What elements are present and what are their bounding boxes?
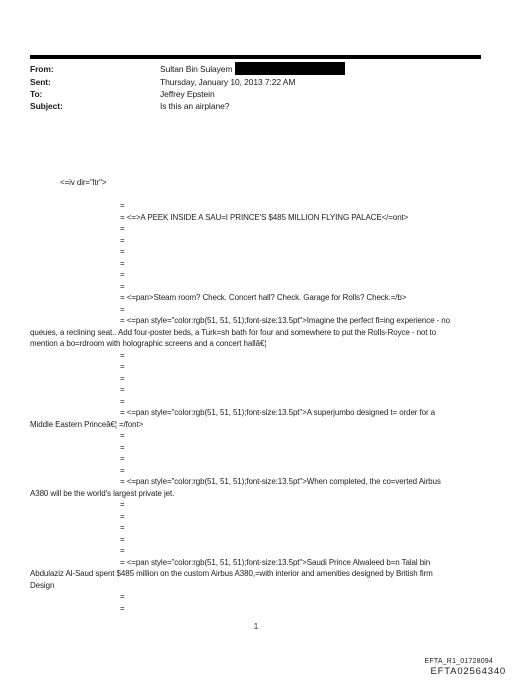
body-line: = <box>30 545 484 557</box>
body-line: = <=pan style="color:rgb(51, 51, 51);fon… <box>30 407 484 419</box>
body-line: = <=>A PEEK INSIDE A SAU=I PRINCE'S $485… <box>30 212 484 224</box>
body-line: Design <box>30 580 484 592</box>
bates-number-large: EFTA02564340 <box>425 666 506 677</box>
email-body: <=iv dir="ltr">== <=>A PEEK INSIDE A SAU… <box>30 177 484 614</box>
body-line: Abdulaziz Al-Saud spent $485 million on … <box>30 568 484 580</box>
body-line: = <box>30 281 484 293</box>
subject-label: Subject: <box>30 100 160 112</box>
body-line: = <box>30 361 484 373</box>
body-line: = <box>30 522 484 534</box>
bates-number-small: EFTA_R1_01728094 <box>425 658 506 665</box>
header-row-from: From: Sultan Bin Sulayem <box>30 63 482 76</box>
to-label: To: <box>30 88 160 100</box>
header-row-to: To: Jeffrey Epstein <box>30 88 482 100</box>
body-line: = <box>30 430 484 442</box>
from-label: From: <box>30 63 160 75</box>
body-line: = <box>30 465 484 477</box>
body-line: = <box>30 200 484 212</box>
body-line: = <box>30 269 484 281</box>
body-line: A380 will be the world's largest private… <box>30 488 484 500</box>
body-line: queues, a reclining seat.. Add four-post… <box>30 327 484 339</box>
body-line: = <box>30 396 484 408</box>
body-line: = <box>30 591 484 603</box>
sent-value: Thursday, January 10, 2013 7:22 AM <box>160 76 482 88</box>
body-line: = <box>30 258 484 270</box>
header-divider-rule <box>30 55 481 59</box>
to-value: Jeffrey Epstein <box>160 88 482 100</box>
body-line: = <box>30 384 484 396</box>
document-page: From: Sultan Bin Sulayem Sent: Thursday,… <box>0 0 512 688</box>
body-line: mention a bo=rdroom with holographic scr… <box>30 338 484 350</box>
body-line: = <box>30 304 484 316</box>
body-line: = <box>30 442 484 454</box>
body-line: = <box>30 350 484 362</box>
email-header: From: Sultan Bin Sulayem Sent: Thursday,… <box>30 63 482 112</box>
body-line: = <box>30 511 484 523</box>
redaction-bar <box>235 62 345 75</box>
page-number: 1 <box>0 622 512 631</box>
body-line: = <=pan style="color:rgb(51, 51, 51);fon… <box>30 315 484 327</box>
body-line: = <box>30 223 484 235</box>
body-line: = <box>30 235 484 247</box>
body-line: = <box>30 373 484 385</box>
header-row-subject: Subject: Is this an airplane? <box>30 100 482 112</box>
page-footer: EFTA_R1_01728094 EFTA02564340 <box>425 658 506 677</box>
body-line: = <=pan style="color:rgb(51, 51, 51);fon… <box>30 557 484 569</box>
body-line: = <=pan style="color:rgb(51, 51, 51);fon… <box>30 476 484 488</box>
body-line: = <box>30 534 484 546</box>
body-line <box>30 189 484 201</box>
sender-name: Sultan Bin Sulayem <box>160 64 232 74</box>
body-line: = <box>30 246 484 258</box>
body-line: = <box>30 499 484 511</box>
body-line: = <box>30 453 484 465</box>
body-line: <=iv dir="ltr"> <box>30 177 484 189</box>
from-value: Sultan Bin Sulayem <box>160 63 482 76</box>
body-line: = <box>30 603 484 615</box>
subject-value: Is this an airplane? <box>160 100 482 112</box>
header-row-sent: Sent: Thursday, January 10, 2013 7:22 AM <box>30 76 482 88</box>
body-line: = <=pan>Steam room? Check. Concert hall?… <box>30 292 484 304</box>
sent-label: Sent: <box>30 76 160 88</box>
body-line: Middle Eastern Princeâ€¦ =/font> <box>30 419 484 431</box>
